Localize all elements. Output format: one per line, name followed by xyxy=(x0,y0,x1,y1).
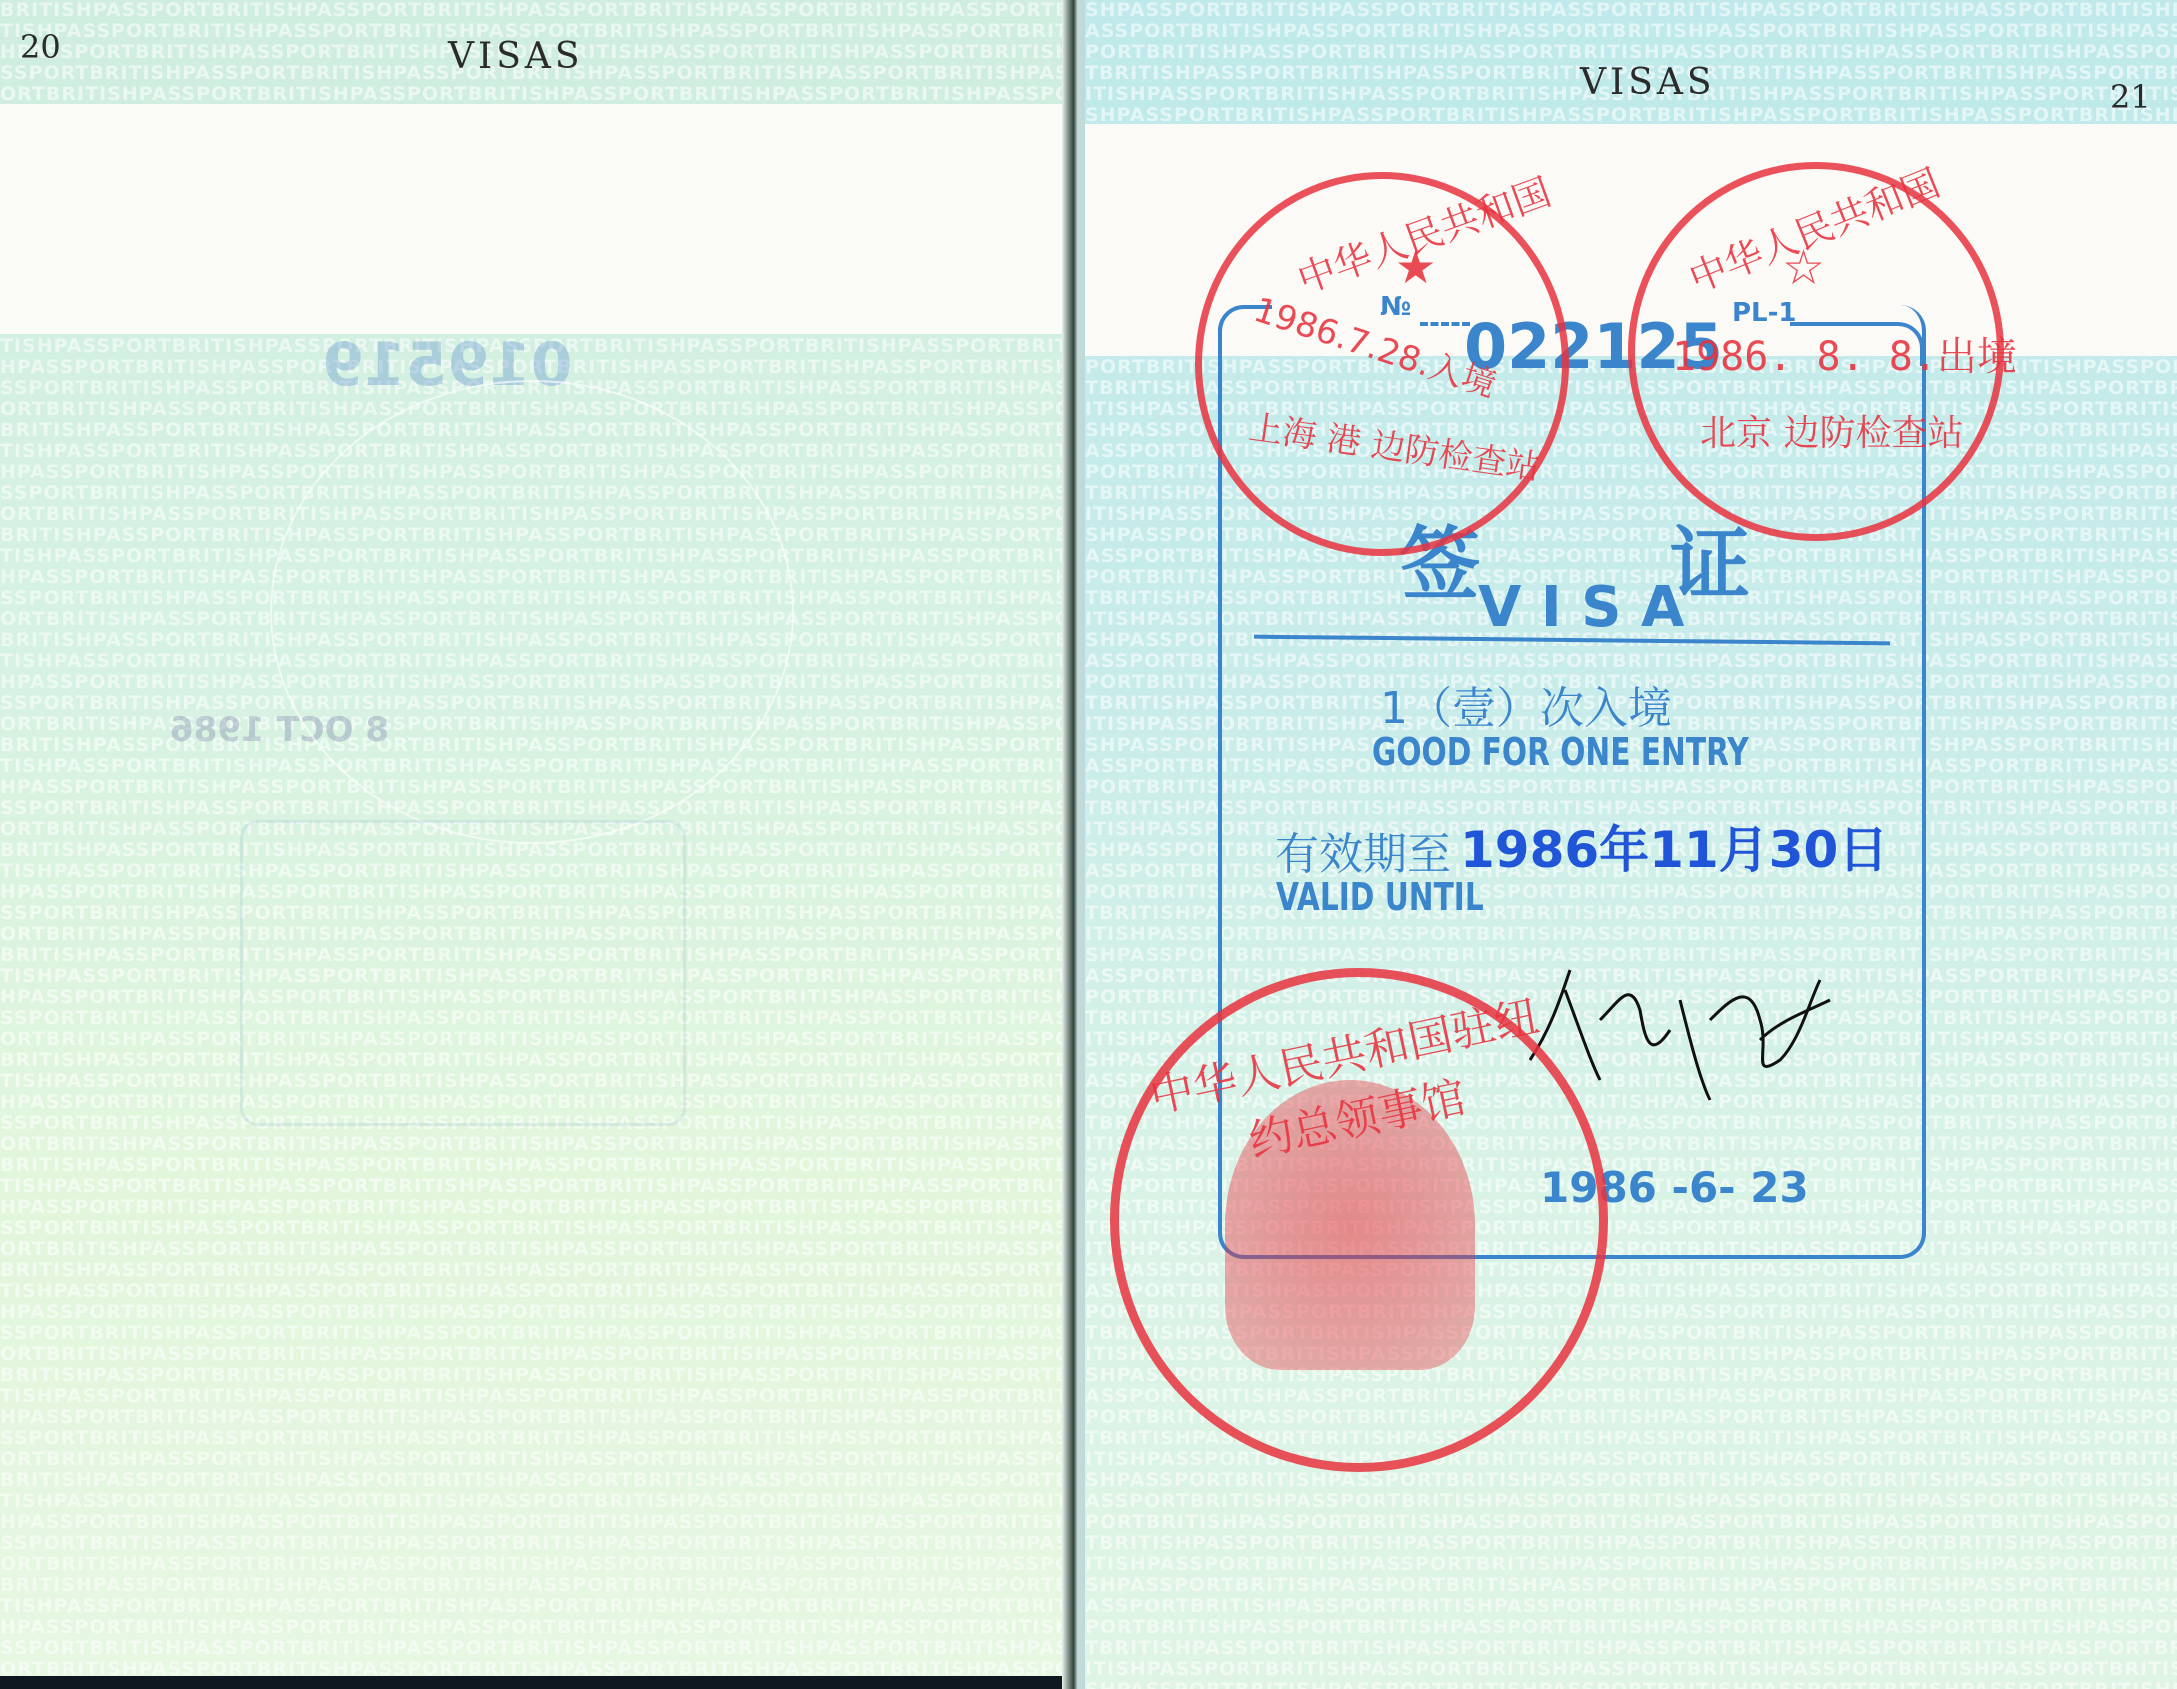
show-through-visa-box xyxy=(240,820,686,1126)
guilloche-emblem xyxy=(270,380,794,844)
book-edge xyxy=(0,1676,1068,1689)
national-emblem xyxy=(1225,1080,1475,1370)
valid-until-en: VALID UNTIL xyxy=(1276,875,1484,919)
valid-until-date: 1986年11月30日 xyxy=(1460,810,1888,882)
page-number: 21 xyxy=(2110,78,2151,116)
valid-until-cn: 有效期至 xyxy=(1275,818,1451,882)
star-icon: ★ xyxy=(1395,240,1436,294)
exit-stamp-date: 1986. 8. 8.出境 xyxy=(1672,325,2017,382)
star-icon: ☆ xyxy=(1782,240,1825,296)
page-title: VISAS xyxy=(1580,62,1716,103)
entries-en: GOOD FOR ONE ENTRY xyxy=(1372,730,1749,774)
page-number: 20 xyxy=(20,28,61,66)
exit-stamp-location: 北京 边防检查站 xyxy=(1700,405,1963,456)
left-page: BRITISHPASSPORTBRITISHPASSPORTBRITISHPAS… xyxy=(0,0,1068,1689)
visa-title-en: V I S A xyxy=(1478,575,1684,640)
blank-band xyxy=(0,104,1068,334)
entries-cn: 1（壹）次入境 xyxy=(1380,672,1672,736)
page-title: VISAS xyxy=(448,36,584,77)
